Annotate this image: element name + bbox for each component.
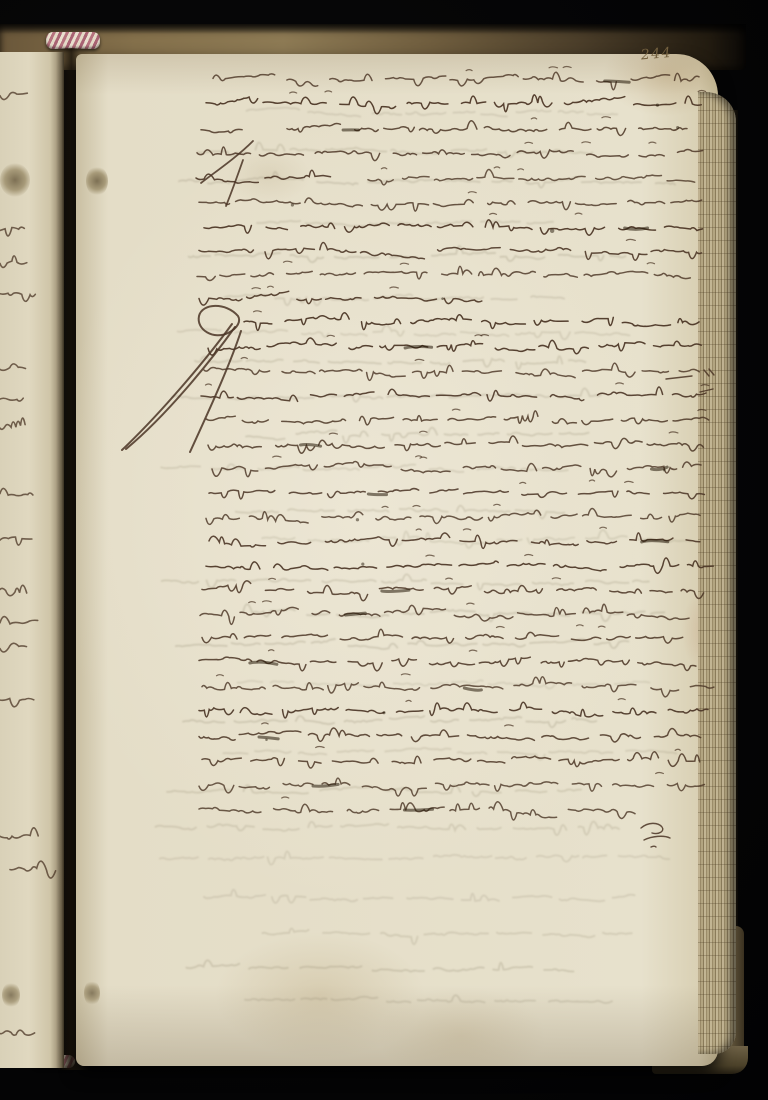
paper-damage: [0, 163, 30, 197]
paper-damage: [86, 166, 108, 196]
paper-damage: [84, 980, 100, 1006]
page-number: 244: [640, 44, 678, 67]
page-stack-fore-edge: [698, 92, 736, 1054]
endband-top: [46, 32, 100, 49]
manuscript-page: [76, 54, 718, 1066]
facing-page-edge: [0, 52, 64, 1068]
paper-damage: [2, 982, 20, 1008]
manuscript-photo: 244: [0, 0, 768, 1100]
